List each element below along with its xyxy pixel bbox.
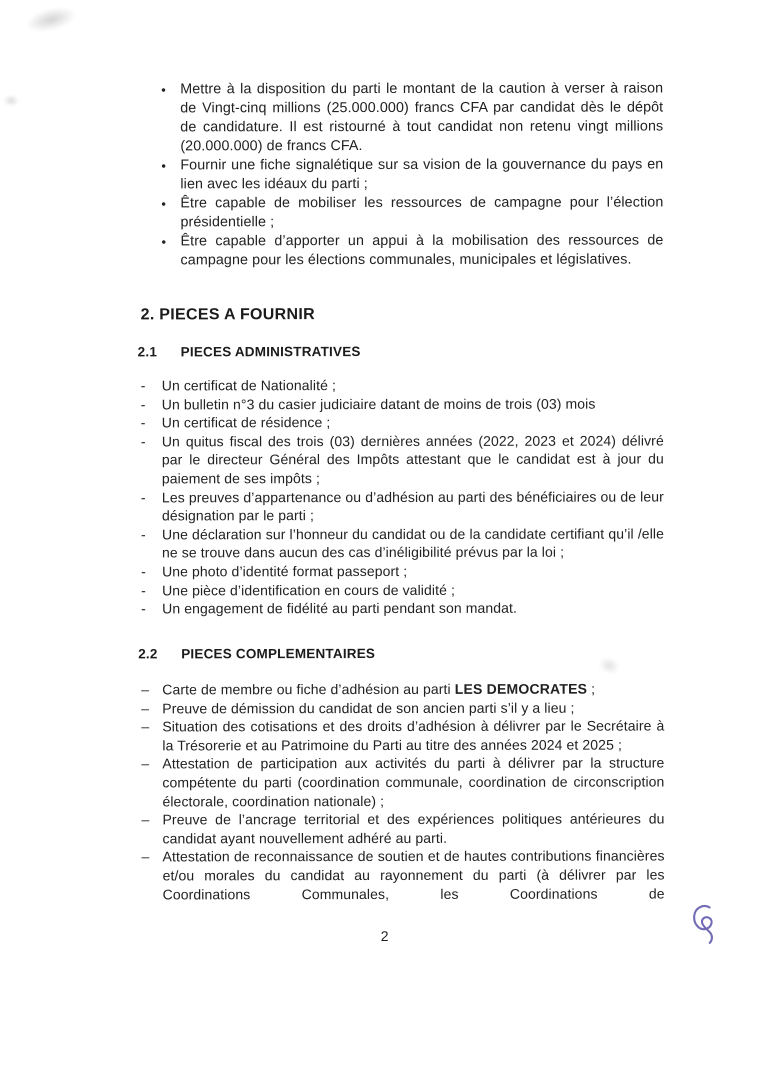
bullet-marker: •: [161, 156, 166, 175]
dash-marker: -: [141, 376, 146, 395]
bullet-marker: •: [161, 194, 166, 213]
list-item: – Preuve de démission du candidat de son…: [140, 698, 664, 718]
list-item: • Mettre à la disposition du parti le mo…: [159, 80, 663, 157]
list-item: – Situation des cotisations et des droit…: [140, 717, 664, 755]
intro-bullet-list: • Mettre à la disposition du parti le mo…: [159, 80, 663, 271]
list-item-text: Attestation de participation aux activit…: [162, 755, 664, 809]
list-item-text: Un engagement de fidélité au parti penda…: [162, 600, 517, 617]
requirements-list-complementary: – Carte de membre ou fiche d’adhésion au…: [140, 680, 664, 904]
list-item-text: Les preuves d’appartenance ou d’adhésion…: [162, 488, 664, 523]
list-item: – Preuve de l’ancrage territorial et des…: [140, 810, 664, 848]
subsection-title: PIECES ADMINISTRATIVES: [181, 344, 361, 359]
dash-marker: -: [141, 395, 146, 414]
list-item: - Un certificat de résidence ;: [140, 413, 664, 433]
bullet-marker: •: [161, 232, 166, 251]
dash-marker: –: [142, 848, 150, 867]
list-item-text: Être capable d’apporter un appui à la mo…: [180, 233, 663, 269]
subsection-heading-administrative: 2.1PIECES ADMINISTRATIVES: [138, 344, 361, 359]
list-item: - Un quitus fiscal des trois (03) derniè…: [140, 431, 664, 488]
list-item-text: Carte de membre ou fiche d’adhésion au p…: [162, 681, 595, 698]
dash-marker: -: [141, 525, 146, 544]
dash-marker: -: [141, 488, 146, 507]
page-number: 2: [1, 927, 768, 944]
list-item-text: Preuve de l’ancrage territorial et des e…: [162, 811, 664, 846]
subsection-number: 2.1: [138, 344, 181, 359]
list-item-text: Un quitus fiscal des trois (03) dernière…: [162, 432, 664, 486]
list-item: - Un engagement de fidélité au parti pen…: [140, 599, 664, 619]
list-item-text: Une déclaration sur l’honneur du candida…: [162, 525, 664, 560]
dash-marker: -: [141, 562, 146, 581]
party-name-bold: LES DEMOCRATES: [455, 681, 587, 697]
list-item-text: Une pièce d’identification en cours de v…: [162, 581, 455, 598]
list-item-text: Fournir une fiche signalétique sur sa vi…: [180, 157, 663, 193]
list-item: – Carte de membre ou fiche d’adhésion au…: [140, 680, 664, 700]
scan-smudge: [23, 3, 79, 37]
list-item-text: Être capable de mobiliser les ressources…: [180, 195, 663, 231]
list-item: - Une photo d’identité format passeport …: [140, 561, 664, 581]
dash-marker: –: [141, 718, 149, 737]
list-item: - Une déclaration sur l’honneur du candi…: [140, 524, 664, 562]
list-item-text: Preuve de démission du candidat de son a…: [162, 699, 574, 716]
list-item: - Un bulletin n°3 du casier judiciaire d…: [140, 394, 664, 414]
dash-marker: –: [141, 755, 149, 774]
list-item: • Fournir une fiche signalétique sur sa …: [159, 156, 663, 195]
list-item: - Les preuves d’appartenance ou d’adhési…: [140, 487, 664, 525]
list-item: • Être capable d’apporter un appui à la …: [159, 232, 663, 271]
list-item-text: Un bulletin n°3 du casier judiciaire dat…: [162, 395, 596, 412]
list-item: – Attestation de participation aux activ…: [140, 754, 664, 811]
list-item-text: Situation des cotisations et des droits …: [162, 718, 664, 753]
list-item: - Une pièce d’identification en cours de…: [140, 580, 664, 600]
dash-marker: -: [141, 581, 146, 600]
list-item-text: Un certificat de résidence ;: [162, 414, 331, 430]
document-page: • Mettre à la disposition du parti le mo…: [0, 0, 768, 1080]
requirements-list-administrative: - Un certificat de Nationalité ; - Un bu…: [140, 376, 664, 619]
list-item-text: Mettre à la disposition du parti le mont…: [180, 81, 663, 155]
subsection-number: 2.2: [138, 646, 181, 661]
section-heading: 2. PIECES A FOURNIR: [141, 306, 315, 324]
list-item: - Un certificat de Nationalité ;: [140, 376, 664, 396]
dash-marker: -: [141, 600, 146, 619]
list-item-text: Une photo d’identité format passeport ;: [162, 563, 407, 579]
dash-marker: –: [141, 811, 149, 830]
dash-marker: –: [141, 680, 149, 699]
subsection-title: PIECES COMPLEMENTAIRES: [181, 646, 375, 661]
dash-marker: -: [141, 414, 146, 433]
list-item: • Être capable de mobiliser les ressourc…: [159, 194, 663, 233]
handwritten-initials-mark: [691, 902, 721, 946]
list-item: – Attestation de reconnaissance de souti…: [141, 847, 665, 904]
dash-marker: –: [141, 699, 149, 718]
list-item-text: Un certificat de Nationalité ;: [162, 377, 336, 393]
dash-marker: -: [141, 432, 146, 451]
scan-smudge: [3, 95, 19, 107]
bullet-marker: •: [161, 80, 166, 99]
list-item-text: Attestation de reconnaissance de soutien…: [163, 848, 665, 902]
subsection-heading-complementary: 2.2PIECES COMPLEMENTAIRES: [138, 646, 375, 661]
scan-smudge: [596, 654, 622, 677]
